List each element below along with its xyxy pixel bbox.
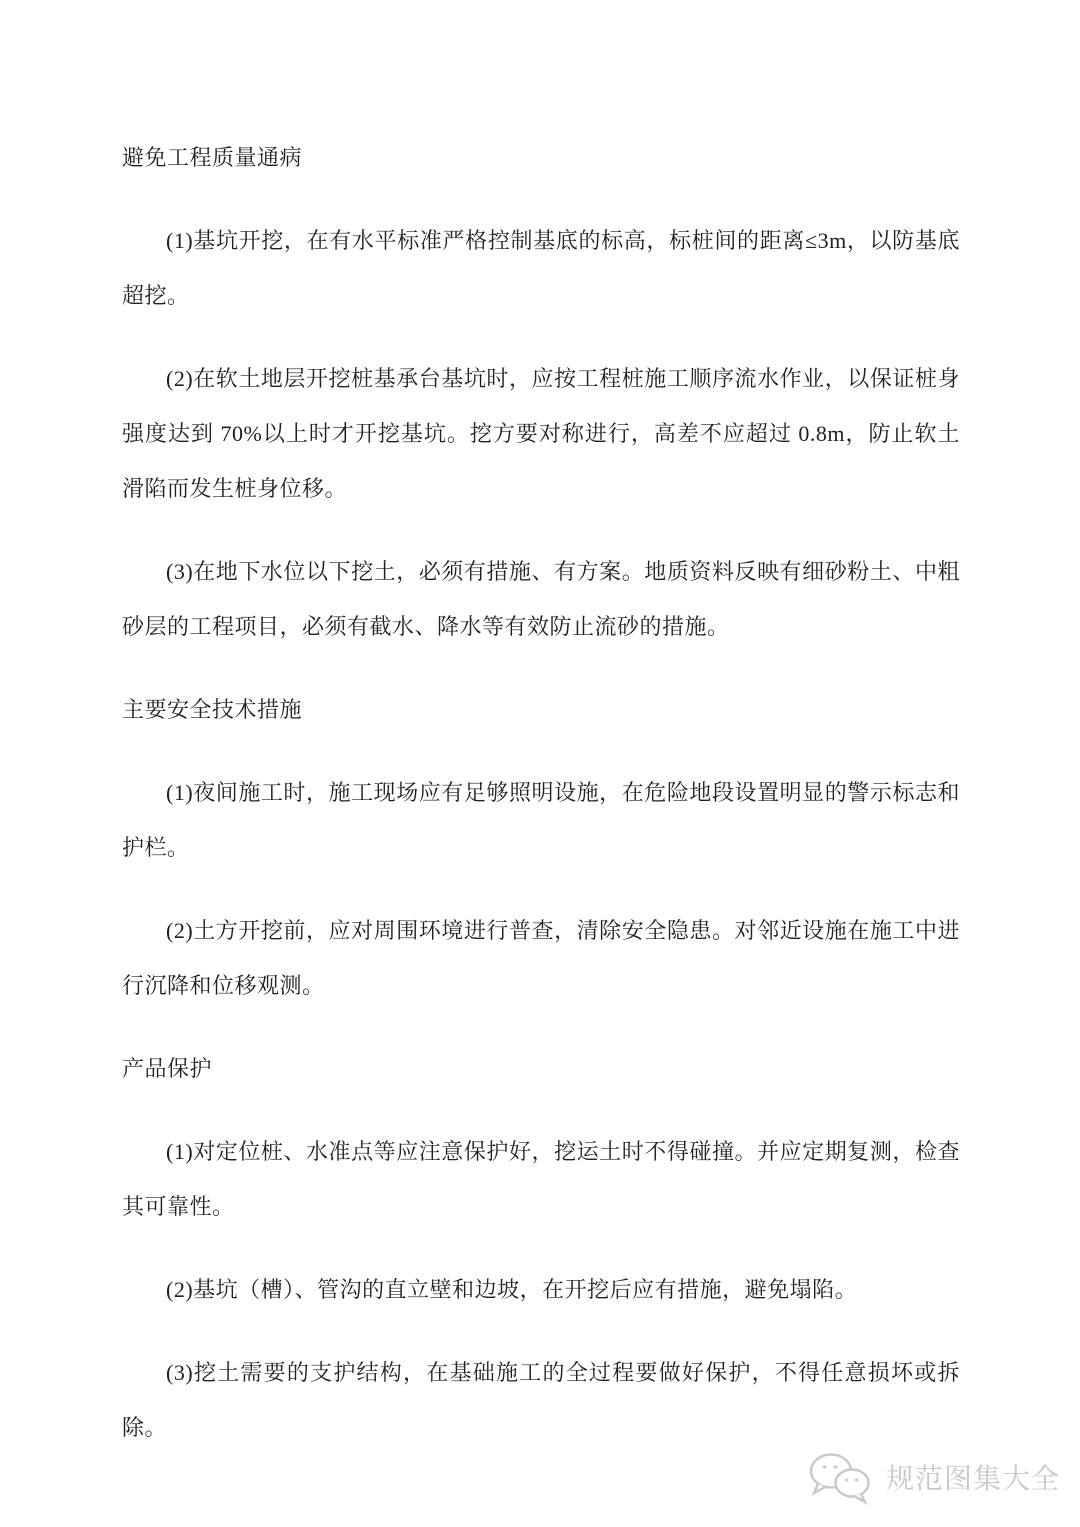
paragraph: (1)夜间施工时，施工现场应有足够照明设施，在危险地段设置明显的警示标志和护栏。 (122, 765, 960, 875)
section-heading-safety: 主要安全技术措施 (122, 682, 960, 737)
paragraph: (3)在地下水位以下挖土，必须有措施、有方案。地质资料反映有细砂粉土、中粗砂层的… (122, 544, 960, 654)
paragraph: (3)挖土需要的支护结构，在基础施工的全过程要做好保护，不得任意损坏或拆除。 (122, 1345, 960, 1455)
paragraph: (2)在软土地层开挖桩基承台基坑时，应按工程桩施工顺序流水作业，以保证桩身强度达… (122, 351, 960, 516)
section-heading-quality: 避免工程质量通病 (122, 130, 960, 185)
paragraph: (2)基坑（槽）、管沟的直立壁和边坡，在开挖后应有措施，避免塌陷。 (122, 1262, 960, 1317)
wechat-icon (804, 1449, 876, 1505)
watermark: 规范图集大全 (804, 1449, 1060, 1505)
section-heading-product-protection: 产品保护 (122, 1041, 960, 1096)
document-page: 避免工程质量通病 (1)基坑开挖，在有水平标准严格控制基底的标高，标桩间的距离≤… (0, 0, 1080, 1527)
watermark-label: 规范图集大全 (886, 1457, 1060, 1497)
paragraph: (1)对定位桩、水准点等应注意保护好，挖运土时不得碰撞。并应定期复测，检查其可靠… (122, 1124, 960, 1234)
document-body: 避免工程质量通病 (1)基坑开挖，在有水平标准严格控制基底的标高，标桩间的距离≤… (122, 130, 960, 1483)
paragraph: (1)基坑开挖，在有水平标准严格控制基底的标高，标桩间的距离≤3m，以防基底超挖… (122, 213, 960, 323)
paragraph: (2)土方开挖前，应对周围环境进行普查，清除安全隐患。对邻近设施在施工中进行沉降… (122, 903, 960, 1013)
